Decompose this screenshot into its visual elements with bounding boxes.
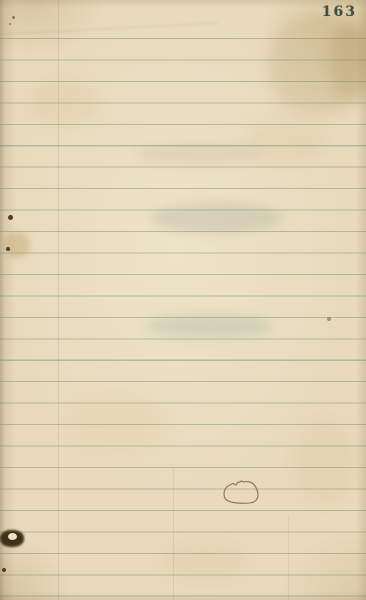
paper-crease [173, 468, 174, 600]
paper-mottle [295, 420, 355, 505]
ruled-lines [0, 38, 366, 600]
ink-speck [6, 247, 10, 251]
stain-top-right-corner [330, 24, 366, 99]
pen-scribble-doodle [215, 470, 270, 510]
ink-bleed-smudge-teal [146, 314, 272, 338]
ink-bleed-smudge [135, 143, 260, 165]
paper-hole [0, 530, 24, 547]
paper-crease [0, 22, 218, 36]
ink-speck [2, 568, 6, 572]
stain-left-edge [4, 232, 30, 258]
ink-speck [327, 317, 331, 321]
paper-crease [288, 515, 289, 600]
pen-scribble-path [224, 481, 258, 503]
notebook-page: 163 [0, 0, 366, 600]
paper-mottle [160, 545, 250, 580]
page-number: 163 [322, 4, 357, 20]
ink-speck [12, 16, 15, 19]
paper-mottle [245, 120, 325, 165]
paper-crease [58, 0, 59, 600]
paper-mottle [70, 395, 165, 450]
ink-speck [8, 215, 13, 220]
paper-mottle [30, 80, 100, 125]
ink-bleed-smudge [150, 203, 282, 233]
ink-speck [9, 23, 11, 25]
stain-top-right [268, 14, 366, 114]
paper-hole-chip [8, 533, 17, 540]
